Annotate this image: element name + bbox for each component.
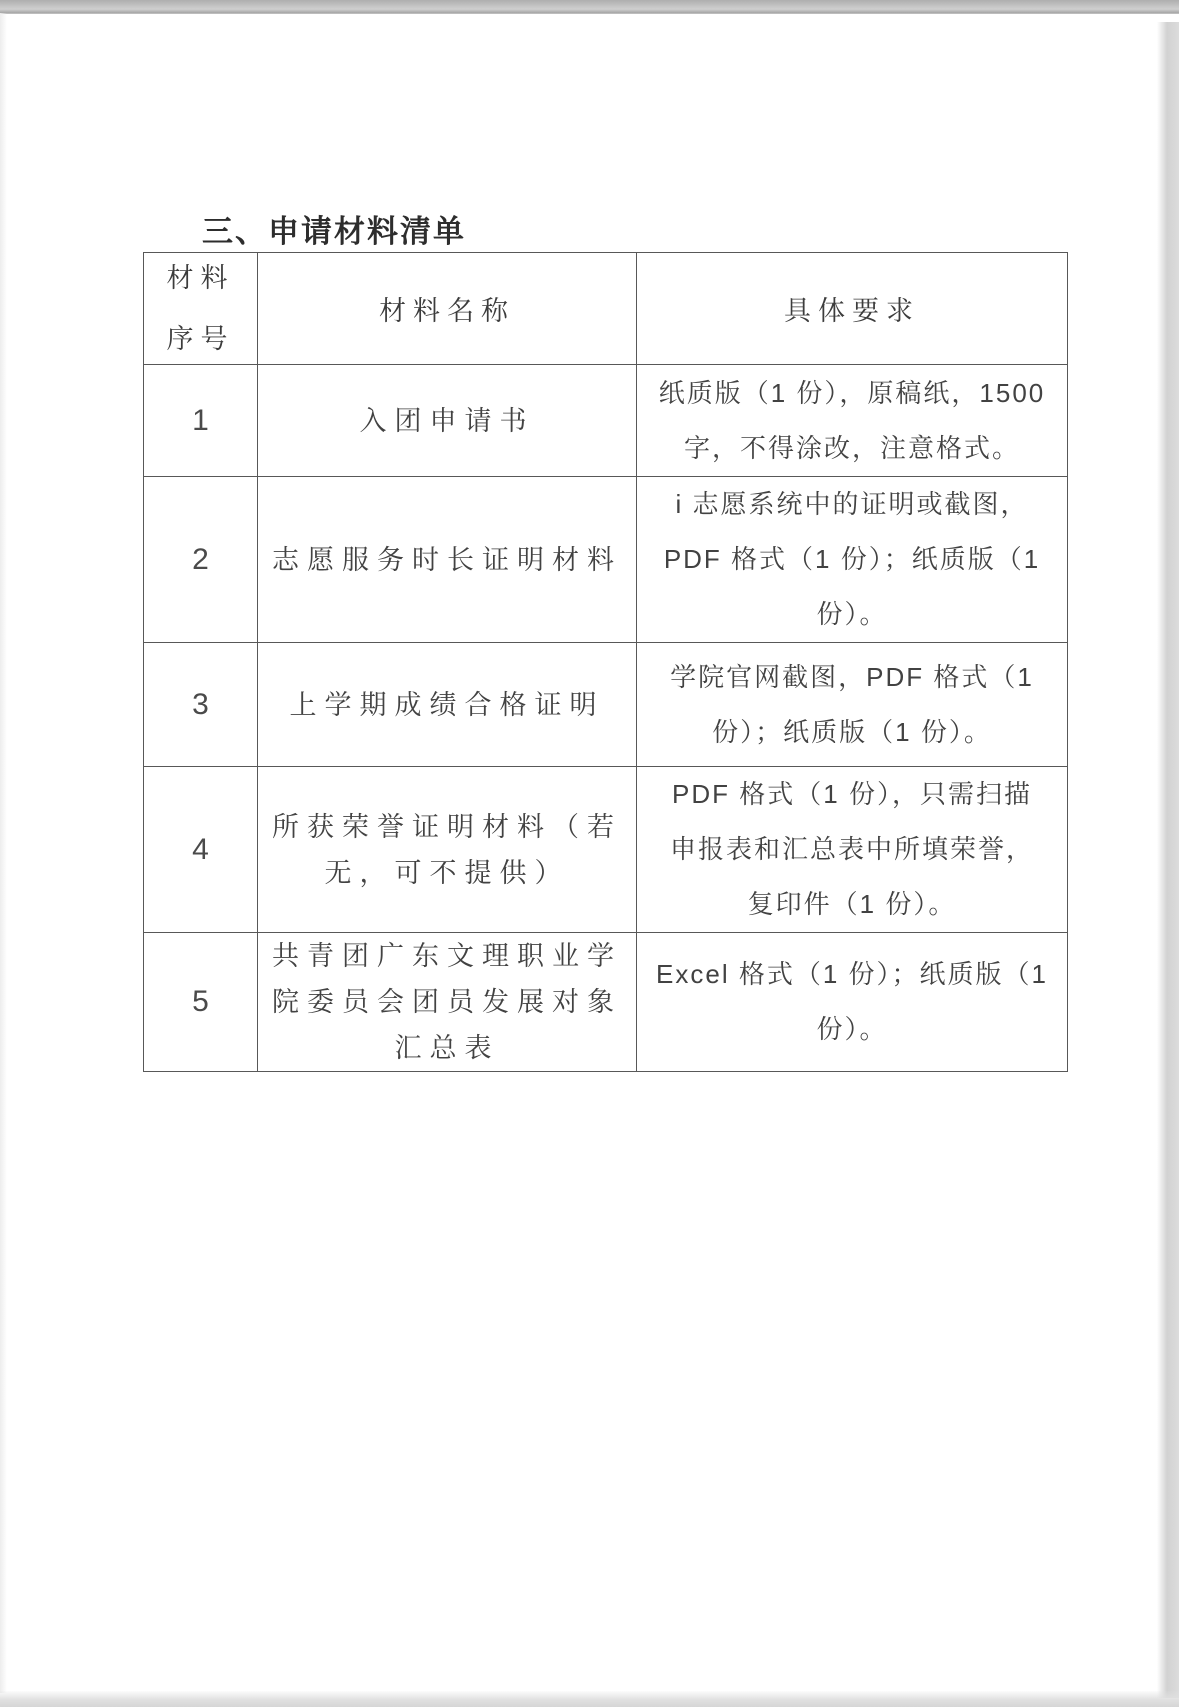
cell-material-name: 入团申请书 (258, 365, 637, 477)
table-row: 5 共青团广东文理职业学 院委员会团员发展对象 汇总表 Excel 格式（1 份… (144, 933, 1068, 1072)
scan-left-edge-band (0, 13, 7, 1693)
header-cell-material-name: 材料名称 (258, 253, 637, 365)
cell-material-name: 所获荣誉证明材料（若 无，可不提供） (258, 767, 637, 933)
cell-material-name: 志愿服务时长证明材料 (258, 477, 637, 643)
cell-requirements: Excel 格式（1 份）；纸质版（1 份）。 (637, 933, 1068, 1072)
cell-requirements: 学院官网截图，PDF 格式（1 份）；纸质版（1 份）。 (637, 643, 1068, 767)
cell-requirements: PDF 格式（1 份），只需扫描 申报表和汇总表中所填荣誉， 复印件（1 份）。 (637, 767, 1068, 933)
scanned-document-page: { "page": { "section_title": "三、申请材料清单" … (0, 0, 1179, 1707)
scan-right-edge-band (1157, 22, 1179, 1698)
cell-requirements: i 志愿系统中的证明或截图， PDF 格式（1 份）；纸质版（1 份）。 (637, 477, 1068, 643)
table-row: 1 入团申请书 纸质版（1 份），原稿纸，1500 字，不得涂改，注意格式。 (144, 365, 1068, 477)
scan-bottom-edge-band (0, 1691, 1179, 1707)
cell-requirements: 纸质版（1 份），原稿纸，1500 字，不得涂改，注意格式。 (637, 365, 1068, 477)
table-row: 3 上学期成绩合格证明 学院官网截图，PDF 格式（1 份）；纸质版（1 份）。 (144, 643, 1068, 767)
header-no-line1: 材料 (149, 265, 252, 292)
materials-table: 材料 序号 材料名称 具体要求 1 入团申请书 纸质版（1 份），原稿纸，150… (143, 252, 1068, 1072)
header-no-line2: 序号 (149, 326, 252, 353)
table-row: 4 所获荣誉证明材料（若 无，可不提供） PDF 格式（1 份），只需扫描 申报… (144, 767, 1068, 933)
cell-material-name: 共青团广东文理职业学 院委员会团员发展对象 汇总表 (258, 933, 637, 1072)
cell-material-no: 1 (144, 365, 258, 477)
cell-material-no: 4 (144, 767, 258, 933)
header-requirements-label: 具体要求 (784, 296, 920, 326)
table-row: 2 志愿服务时长证明材料 i 志愿系统中的证明或截图， PDF 格式（1 份）；… (144, 477, 1068, 643)
cell-material-no: 5 (144, 933, 258, 1072)
header-cell-requirements: 具体要求 (637, 253, 1068, 365)
header-cell-material-no: 材料 序号 (144, 253, 258, 365)
header-material-no-label: 材料 序号 (149, 265, 252, 353)
cell-material-name: 上学期成绩合格证明 (258, 643, 637, 767)
cell-material-no: 3 (144, 643, 258, 767)
table-header-row: 材料 序号 材料名称 具体要求 (144, 253, 1068, 365)
section-title: 三、申请材料清单 (202, 206, 466, 251)
cell-material-no: 2 (144, 477, 258, 643)
header-material-name-label: 材料名称 (379, 296, 515, 326)
scan-top-edge-band (0, 0, 1179, 14)
